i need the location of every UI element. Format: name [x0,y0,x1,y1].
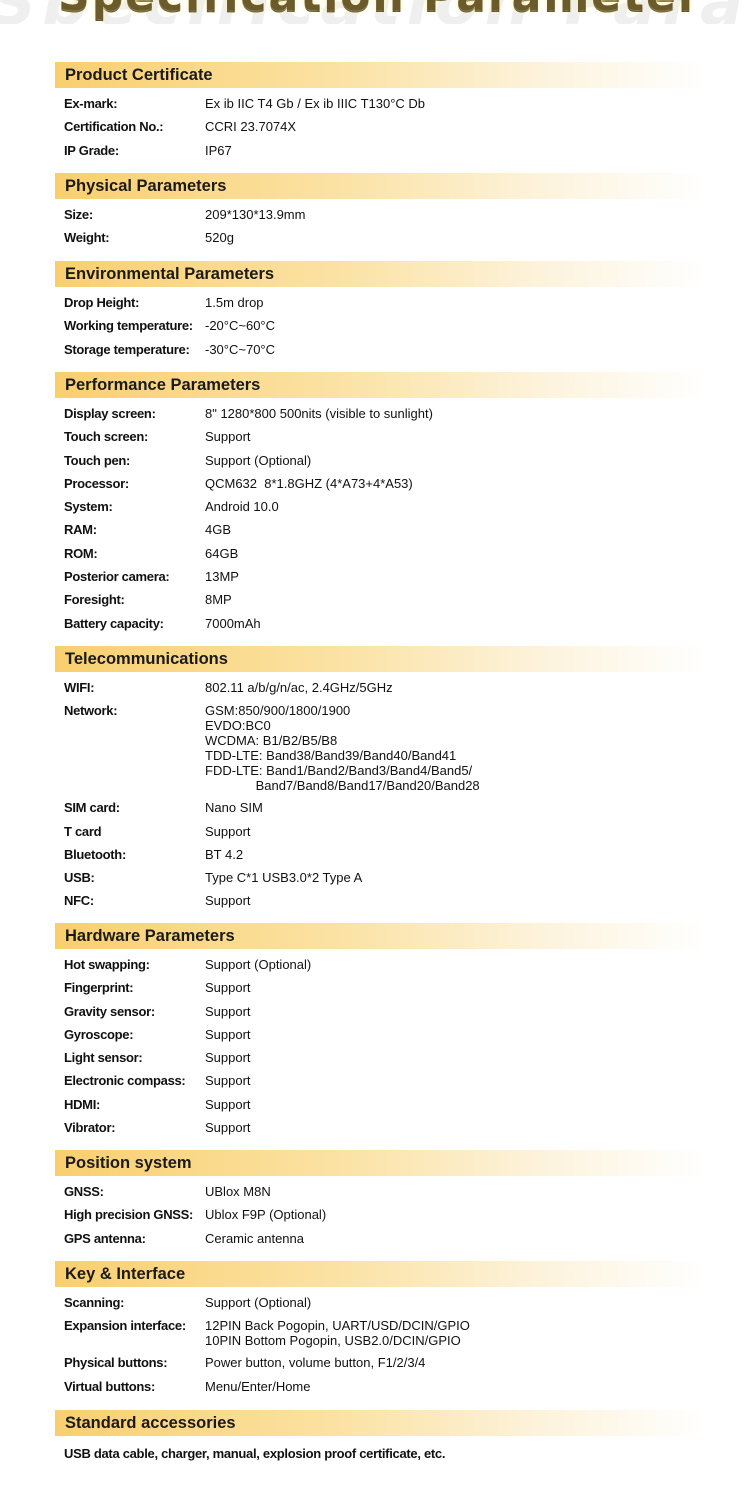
spec-key: NFC: [55,889,205,912]
section-product-certificate: Product Certificate Ex-mark:Ex ib IIC T4… [55,62,705,162]
spec-rows: Size:209*130*13.9mm Weight:520g [55,199,705,250]
spec-rows: Hot swapping:Support (Optional) Fingerpr… [55,949,705,1139]
spec-key: Size: [55,203,205,226]
spec-row: Battery capacity:7000mAh [55,612,705,635]
section-header: Product Certificate [55,62,705,88]
spec-value: Support [205,820,705,843]
spec-row: Working temperature:-20°C~60°C [55,314,705,337]
section-standard-accessories: Standard accessories USB data cable, cha… [55,1410,705,1466]
spec-key: GNSS: [55,1180,205,1203]
spec-value: 64GB [205,542,705,565]
spec-value: 8MP [205,588,705,611]
spec-rows: Ex-mark:Ex ib IIC T4 Gb / Ex ib IIIC T13… [55,88,705,162]
spec-row: Network:GSM:850/900/1800/1900 EVDO:BC0 W… [55,699,705,796]
spec-value: Support (Optional) [205,1291,705,1314]
spec-key: Touch pen: [55,449,205,472]
spec-key: USB: [55,866,205,889]
spec-row: Certification No.:CCRI 23.7074X [55,115,705,138]
spec-value: BT 4.2 [205,843,705,866]
accessories-text: USB data cable, charger, manual, explosi… [55,1436,705,1466]
spec-key: Light sensor: [55,1046,205,1069]
section-header: Position system [55,1150,705,1176]
spec-value: Support [205,1023,705,1046]
spec-rows: Drop Height:1.5m drop Working temperatur… [55,287,705,361]
spec-key: Scanning: [55,1291,205,1314]
spec-row: Gravity sensor:Support [55,1000,705,1023]
spec-value: Support [205,889,705,912]
spec-key: Network: [55,699,205,796]
spec-value: Support [205,1046,705,1069]
spec-value: Ceramic antenna [205,1227,705,1250]
spec-row: Electronic compass:Support [55,1069,705,1092]
spec-value: Menu/Enter/Home [205,1375,705,1398]
spec-key: Electronic compass: [55,1069,205,1092]
spec-row: High precision GNSS:Ublox F9P (Optional) [55,1203,705,1226]
section-environmental-parameters: Environmental Parameters Drop Height:1.5… [55,261,705,361]
spec-value: 8" 1280*800 500nits (visible to sunlight… [205,402,705,425]
section-performance-parameters: Performance Parameters Display screen:8"… [55,372,705,635]
spec-row: GPS antenna:Ceramic antenna [55,1227,705,1250]
spec-key: Display screen: [55,402,205,425]
spec-value: Support (Optional) [205,953,705,976]
spec-row: Virtual buttons:Menu/Enter/Home [55,1375,705,1398]
spec-row: Fingerprint:Support [55,976,705,999]
spec-value: Support [205,1069,705,1092]
spec-value: 1.5m drop [205,291,705,314]
spec-row: Posterior camera:13MP [55,565,705,588]
spec-key: Gyroscope: [55,1023,205,1046]
spec-row: Hot swapping:Support (Optional) [55,953,705,976]
spec-value: Nano SIM [205,796,705,819]
banner-title: Specification Parameter [58,0,702,21]
spec-value: 802.11 a/b/g/n/ac, 2.4GHz/5GHz [205,676,705,699]
spec-rows: Display screen:8" 1280*800 500nits (visi… [55,398,705,635]
section-header: Telecommunications [55,646,705,672]
spec-row: Processor:QCM632 8*1.8GHZ (4*A73+4*A53) [55,472,705,495]
spec-value: Support [205,1116,705,1139]
spec-row: Vibrator:Support [55,1116,705,1139]
spec-value: GSM:850/900/1800/1900 EVDO:BC0 WCDMA: B1… [205,699,705,796]
spec-key: SIM card: [55,796,205,819]
spec-key: Weight: [55,226,205,249]
section-hardware-parameters: Hardware Parameters Hot swapping:Support… [55,923,705,1139]
spec-row: Touch screen:Support [55,425,705,448]
spec-value: CCRI 23.7074X [205,115,705,138]
spec-row: GNSS:UBlox M8N [55,1180,705,1203]
spec-value: 4GB [205,518,705,541]
spec-key: GPS antenna: [55,1227,205,1250]
spec-key: Drop Height: [55,291,205,314]
spec-value: Power button, volume button, F1/2/3/4 [205,1351,705,1374]
spec-key: Processor: [55,472,205,495]
spec-row: SIM card:Nano SIM [55,796,705,819]
spec-row: Scanning:Support (Optional) [55,1291,705,1314]
spec-key: Vibrator: [55,1116,205,1139]
spec-row: HDMI:Support [55,1093,705,1116]
spec-key: High precision GNSS: [55,1203,205,1226]
spec-key: Virtual buttons: [55,1375,205,1398]
section-header: Performance Parameters [55,372,705,398]
spec-key: Foresight: [55,588,205,611]
spec-row: NFC:Support [55,889,705,912]
section-header: Environmental Parameters [55,261,705,287]
spec-value: -20°C~60°C [205,314,705,337]
spec-key: IP Grade: [55,139,205,162]
spec-row: Size:209*130*13.9mm [55,203,705,226]
spec-value: Support [205,1000,705,1023]
section-header: Physical Parameters [55,173,705,199]
spec-row: RAM:4GB [55,518,705,541]
spec-row: Weight:520g [55,226,705,249]
spec-key: Physical buttons: [55,1351,205,1374]
spec-rows: WIFI:802.11 a/b/g/n/ac, 2.4GHz/5GHz Netw… [55,672,705,913]
spec-row: WIFI:802.11 a/b/g/n/ac, 2.4GHz/5GHz [55,676,705,699]
section-key-interface: Key & Interface Scanning:Support (Option… [55,1261,705,1398]
spec-key: Expansion interface: [55,1314,205,1351]
spec-value: 7000mAh [205,612,705,635]
spec-value: 520g [205,226,705,249]
spec-key: RAM: [55,518,205,541]
section-header: Hardware Parameters [55,923,705,949]
spec-value: Ublox F9P (Optional) [205,1203,705,1226]
spec-row: Light sensor:Support [55,1046,705,1069]
spec-key: System: [55,495,205,518]
spec-key: Hot swapping: [55,953,205,976]
section-telecommunications: Telecommunications WIFI:802.11 a/b/g/n/a… [55,646,705,913]
spec-key: Fingerprint: [55,976,205,999]
spec-key: Posterior camera: [55,565,205,588]
spec-row: Foresight:8MP [55,588,705,611]
section-header: Standard accessories [55,1410,705,1436]
spec-value: 13MP [205,565,705,588]
spec-key: T card [55,820,205,843]
spec-value: Android 10.0 [205,495,705,518]
section-header: Key & Interface [55,1261,705,1287]
spec-row: Storage temperature:-30°C~70°C [55,338,705,361]
spec-value: -30°C~70°C [205,338,705,361]
spec-row: Bluetooth:BT 4.2 [55,843,705,866]
spec-key: WIFI: [55,676,205,699]
spec-key: Bluetooth: [55,843,205,866]
spec-value: Support [205,1093,705,1116]
spec-row: Expansion interface:12PIN Back Pogopin, … [55,1314,705,1351]
spec-rows: Scanning:Support (Optional) Expansion in… [55,1287,705,1398]
spec-value: 12PIN Back Pogopin, UART/USD/DCIN/GPIO 1… [205,1314,705,1351]
spec-key: Certification No.: [55,115,205,138]
banner: Specification Parameter Specification Pa… [0,0,750,24]
spec-row: IP Grade:IP67 [55,139,705,162]
section-physical-parameters: Physical Parameters Size:209*130*13.9mm … [55,173,705,250]
spec-row: Display screen:8" 1280*800 500nits (visi… [55,402,705,425]
spec-key: Touch screen: [55,425,205,448]
spec-value: Support [205,976,705,999]
spec-key: Storage temperature: [55,338,205,361]
spec-row: T cardSupport [55,820,705,843]
spec-value: Support [205,425,705,448]
spec-key: ROM: [55,542,205,565]
spec-row: Ex-mark:Ex ib IIC T4 Gb / Ex ib IIIC T13… [55,92,705,115]
spec-value: Support (Optional) [205,449,705,472]
section-position-system: Position system GNSS:UBlox M8N High prec… [55,1150,705,1250]
spec-row: Drop Height:1.5m drop [55,291,705,314]
spec-value: IP67 [205,139,705,162]
spec-row: System:Android 10.0 [55,495,705,518]
spec-row: Physical buttons:Power button, volume bu… [55,1351,705,1374]
spec-key: Working temperature: [55,314,205,337]
spec-value: UBlox M8N [205,1180,705,1203]
spec-row: USB:Type C*1 USB3.0*2 Type A [55,866,705,889]
spec-row: ROM:64GB [55,542,705,565]
spec-key: HDMI: [55,1093,205,1116]
spec-key: Gravity sensor: [55,1000,205,1023]
spec-value: QCM632 8*1.8GHZ (4*A73+4*A53) [205,472,705,495]
spec-value: Ex ib IIC T4 Gb / Ex ib IIIC T130°C Db [205,92,705,115]
spec-row: Touch pen:Support (Optional) [55,449,705,472]
spec-row: Gyroscope:Support [55,1023,705,1046]
spec-value: 209*130*13.9mm [205,203,705,226]
spec-rows: GNSS:UBlox M8N High precision GNSS:Ublox… [55,1176,705,1250]
spec-value: Type C*1 USB3.0*2 Type A [205,866,705,889]
spec-key: Battery capacity: [55,612,205,635]
spec-key: Ex-mark: [55,92,205,115]
